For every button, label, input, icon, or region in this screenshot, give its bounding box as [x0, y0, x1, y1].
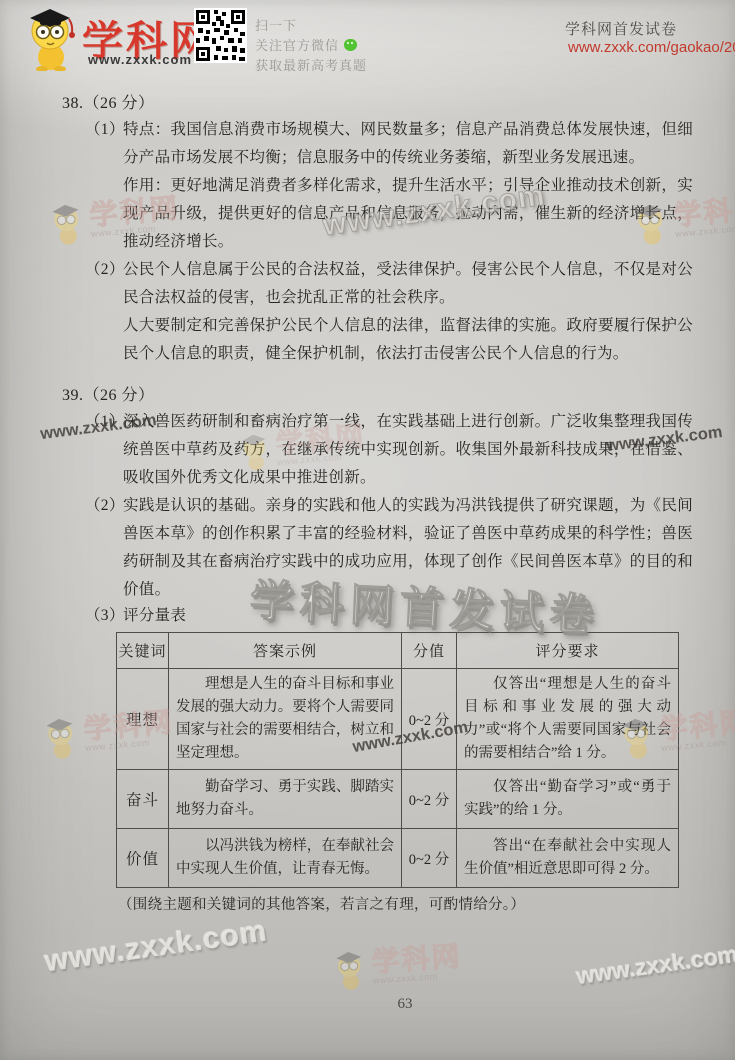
answer-cell: 以冯洪钱为榜样，在奉献社会中实现人生价值，让青春无悔。 — [169, 829, 402, 888]
q39-part2-label: （2） — [85, 492, 125, 520]
q39-part3-heading: （3） 评分量表 — [85, 602, 693, 630]
watermark-url: www.zxxk.com — [575, 941, 735, 990]
q39-part1-label: （1） — [85, 408, 125, 436]
scanned-exam-page: 学科网 www.zxxk.com 扫一下 关注官方微信 获取最新高考真题 学科网… — [0, 0, 735, 1060]
criteria-cell: 仅答出“理想是人生的奋斗目标和事业发展的强大动力”或“将个人需要同国家与社会的需… — [457, 669, 679, 770]
question-39-number: 39.（26 分） — [62, 382, 155, 405]
score-cell: 0~2 分 — [402, 770, 457, 829]
table-row: 价值 以冯洪钱为榜样，在奉献社会中实现人生价值，让青春无悔。 0~2 分 答出“… — [117, 829, 679, 888]
zxxk-mascot-watermark-icon — [46, 199, 88, 248]
zxxk-mascot-watermark-icon — [331, 946, 370, 992]
q39-part3-label: （3） — [85, 602, 125, 630]
table-header-row: 关键词 答案示例 分值 评分要求 — [117, 633, 679, 669]
q38-part2-paragraph-a: （2） 公民个人信息属于公民的合法权益，受法律保护。侵害公民个人信息，不仅是对公… — [85, 256, 693, 312]
watermark-url: www.zxxk.com — [43, 915, 270, 980]
keyword-cell: 价值 — [117, 829, 169, 888]
col-header-keyword: 关键词 — [117, 633, 169, 669]
question-38-number: 38.（26 分） — [62, 90, 155, 113]
scoring-table: 关键词 答案示例 分值 评分要求 理想 理想是人生的奋斗目标和事业发展的强大动力… — [116, 632, 679, 888]
col-header-score: 分值 — [402, 633, 457, 669]
table-footnote: （围绕主题和关键词的其他答案，若言之有理，可酌情给分。） — [118, 893, 525, 914]
table-row: 奋斗 勤奋学习、勇于实践、脚踏实地努力奋斗。 0~2 分 仅答出“勤奋学习”或“… — [117, 770, 679, 829]
col-header-criteria: 评分要求 — [457, 633, 679, 669]
q38-part1-paragraph-a: （1） 特点：我国信息消费市场规模大、网民数量多；信息产品消费总体发展快速，但细… — [85, 116, 693, 172]
q39-part1-paragraph: （1） 深入兽医药研制和畜病治疗第一线，在实践基础上进行创新。广泛收集整理我国传… — [85, 408, 693, 492]
criteria-cell: 答出“在奉献社会中实现人生价值”相近意思即可得 2 分。 — [457, 829, 679, 888]
qr-caption-line2: 关注官方微信 — [255, 35, 357, 54]
score-cell: 0~2 分 — [402, 829, 457, 888]
q38-part2-paragraph-b: 人大要制定和完善保护公民个人信息的法律，监督法律的实施。政府要履行保护公民个人信… — [123, 312, 693, 368]
q38-part1-paragraph-b: 作用：更好地满足消费者多样化需求，提升生活水平；引导企业推动技术创新，实现产品升… — [123, 172, 693, 256]
issue-title: 学科网首发试卷 — [565, 18, 677, 39]
keyword-cell: 奋斗 — [117, 770, 169, 829]
qr-code — [194, 8, 247, 63]
watermark-logo: 学科网www.zxxk.com — [331, 940, 464, 993]
brand-url: www.zxxk.com — [88, 52, 192, 67]
answer-cell: 理想是人生的奋斗目标和事业发展的强大动力。要将个人需要同国家与社会的需要相结合，… — [169, 669, 402, 770]
page-number: 63 — [0, 996, 735, 1013]
score-cell: 0~2 分 — [402, 669, 457, 770]
criteria-cell: 仅答出“勤奋学习”或“勇于实践”的给 1 分。 — [457, 770, 679, 829]
qr-caption-line1: 扫一下 — [255, 15, 297, 34]
keyword-cell: 理想 — [117, 669, 169, 770]
table-row: 理想 理想是人生的奋斗目标和事业发展的强大动力。要将个人需要同国家与社会的需要相… — [117, 669, 679, 770]
wechat-icon — [344, 39, 357, 51]
answer-cell: 勤奋学习、勇于实践、脚踏实地努力奋斗。 — [169, 770, 402, 829]
zxxk-mascot-watermark-icon — [40, 713, 82, 762]
q38-part1-label: （1） — [85, 116, 125, 144]
col-header-answer: 答案示例 — [169, 633, 402, 669]
qr-caption-line3: 获取最新高考真题 — [255, 55, 367, 74]
q38-part2-label: （2） — [85, 256, 125, 284]
issue-url: www.zxxk.com/gaokao/20 — [568, 39, 735, 56]
zxxk-mascot-logo-icon — [22, 3, 80, 71]
q39-part2-paragraph: （2） 实践是认识的基础。亲身的实践和他人的实践为冯洪钱提供了研究课题，为《民间… — [85, 492, 693, 604]
page-header: 学科网 www.zxxk.com 扫一下 关注官方微信 获取最新高考真题 学科网… — [0, 0, 735, 78]
